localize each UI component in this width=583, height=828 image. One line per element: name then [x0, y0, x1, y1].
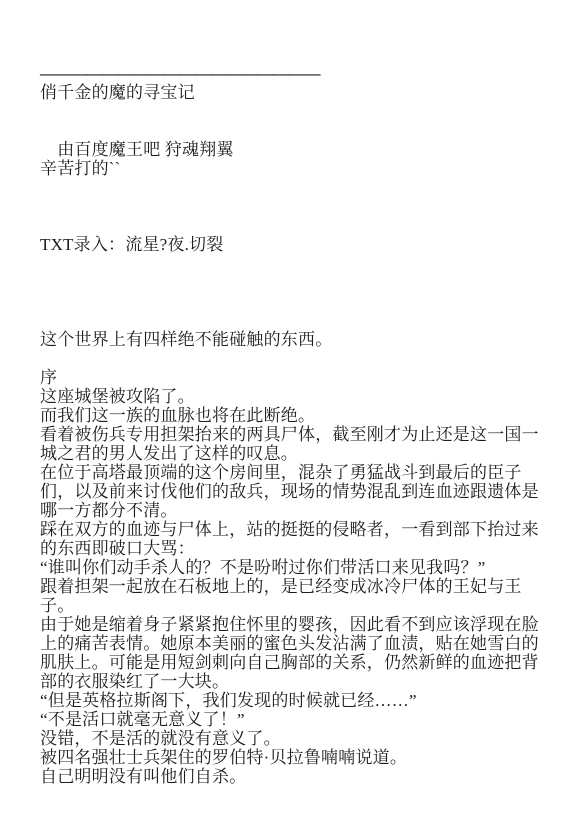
- body-text-line: 部的衣服染红了一大块。: [40, 672, 547, 691]
- body-text-line: 哪一方都分不清。: [40, 501, 547, 520]
- credit-effort-line: 辛苦打的``: [40, 159, 547, 178]
- body-text-line: 这座城堡被攻陷了。: [40, 387, 547, 406]
- blank-lines: [40, 178, 547, 235]
- body-text-line: “但是英格拉斯阁下，我们发现的时候就已经……”: [40, 691, 547, 710]
- chapter-title: 序: [40, 368, 547, 387]
- body-text-line: 肌肤上。可能是用短剑刺向自己胸部的关系，仍然新鲜的血迹把背: [40, 653, 547, 672]
- body-text-line: 们，以及前来讨伐他们的敌兵，现场的情势混乱到连血迹跟遗体是: [40, 482, 547, 501]
- blank-lines: [40, 349, 547, 368]
- credit-source-line: 由百度魔王吧 狩魂翔翼: [40, 140, 547, 159]
- txt-entry-line: TXT录入：流星?夜.切裂: [40, 235, 547, 254]
- body-text-line: 踩在双方的血迹与尸体上，站的挺挺的侵略者，一看到部下抬过来: [40, 520, 547, 539]
- blank-lines: [40, 254, 547, 330]
- body-text-line: 在位于高塔最顶端的这个房间里，混杂了勇猛战斗到最后的臣子: [40, 463, 547, 482]
- body-text-line: 跟着担架一起放在石板地上的，是已经变成冰冷尸体的王妃与王: [40, 577, 547, 596]
- body-text-line: 没错，不是活的就没有意义了。: [40, 729, 547, 748]
- body-text-line: 城之君的男人发出了这样的叹息。: [40, 444, 547, 463]
- intro-line: 这个世界上有四样绝不能碰触的东西。: [40, 330, 547, 349]
- body-text-line: 由于她是缩着身子紧紧抱住怀里的婴孩，因此看不到应该浮现在脸: [40, 615, 547, 634]
- body-text-line: “不是活口就毫无意义了！”: [40, 710, 547, 729]
- body-text-line: “谁叫你们动手杀人的？不是吩咐过你们带活口来见我吗？”: [40, 558, 547, 577]
- document-page: —————————————————— 俏千金的魔的寻宝记 由百度魔王吧 狩魂翔翼…: [0, 0, 583, 828]
- document-title: 俏千金的魔的寻宝记: [40, 83, 547, 102]
- body-text-line: 的东西即破口大骂：: [40, 539, 547, 558]
- body-text-line: 而我们这一族的血脉也将在此断绝。: [40, 406, 547, 425]
- body-text-line: 子。: [40, 596, 547, 615]
- body-text-line: 看着被伤兵专用担架抬来的两具尸体，截至刚才为止还是这一国一: [40, 425, 547, 444]
- body-text-line: 上的痛苦表情。她原本美丽的蜜色头发沾满了血渍，贴在她雪白的: [40, 634, 547, 653]
- body-text: 这座城堡被攻陷了。而我们这一族的血脉也将在此断绝。看着被伤兵专用担架抬来的两具尸…: [40, 387, 547, 786]
- body-text-line: 自己明明没有叫他们自杀。: [40, 767, 547, 786]
- blank-lines: [40, 102, 547, 140]
- divider-line: ——————————————————: [40, 64, 547, 83]
- body-text-line: 被四名强壮士兵架住的罗伯特·贝拉鲁喃喃说道。: [40, 748, 547, 767]
